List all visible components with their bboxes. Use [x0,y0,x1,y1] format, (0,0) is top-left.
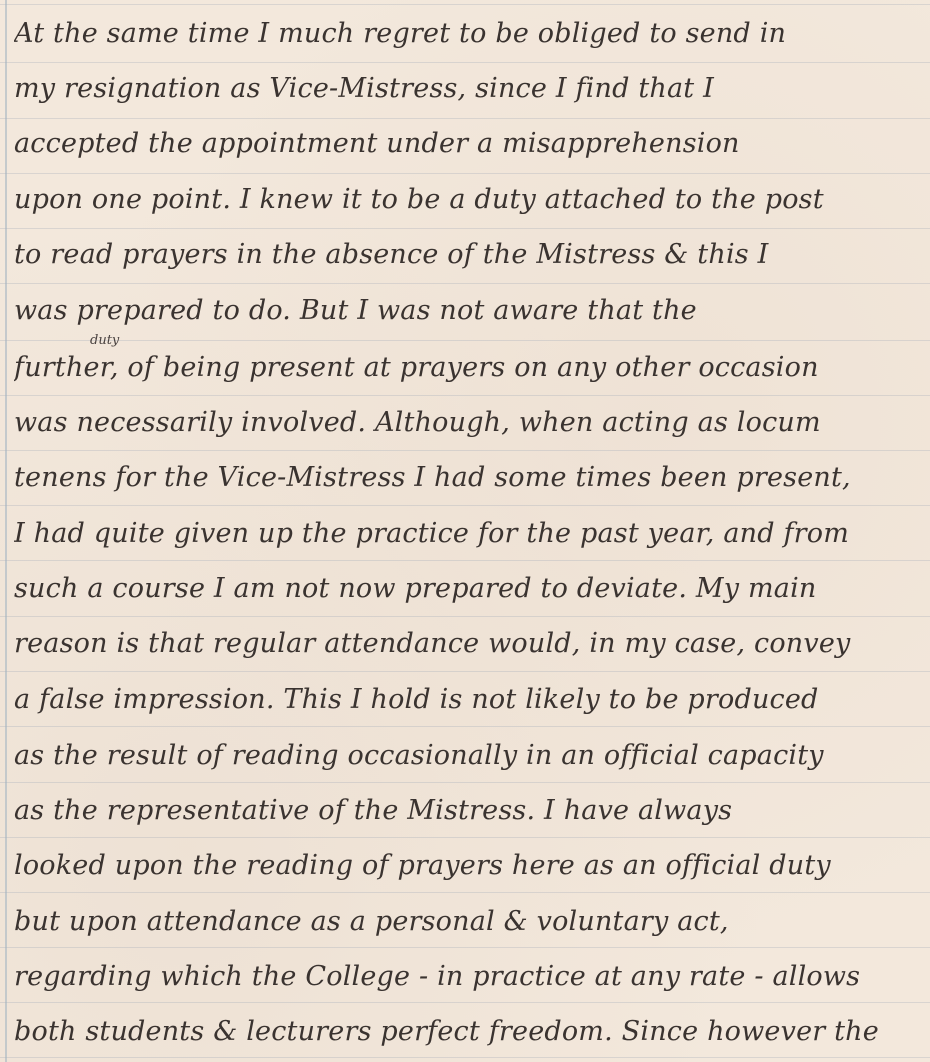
ruled-line [0,395,930,396]
text-line: upon one point. I knew it to be a duty a… [14,184,926,215]
text-line: both students & lecturers perfect freedo… [14,1016,926,1047]
text-line: but upon attendance as a personal & volu… [14,906,926,937]
text-line: such a course I am not now prepared to d… [14,573,926,604]
ruled-line [0,892,930,893]
text-line: was necessarily involved. Although, when… [14,407,926,438]
text-line: looked upon the reading of prayers here … [14,850,926,881]
ruled-line [0,560,930,561]
ruled-line [0,505,930,506]
text-line: a false impression. This I hold is not l… [14,684,926,715]
ruled-line [0,340,930,341]
margin-line [5,0,7,1062]
text-line: to read prayers in the absence of the Mi… [14,239,926,270]
ruled-line [0,118,930,119]
interlinear-insertion: duty [90,333,119,348]
ruled-line [0,782,930,783]
text-line: At the same time I much regret to be obl… [14,18,926,49]
ruled-line [0,4,930,5]
text-line: I had quite given up the practice for th… [14,518,926,549]
ruled-line [0,837,930,838]
text-line: my resignation as Vice-Mistress, since I… [14,73,926,104]
text-line: was prepared to do. But I was not aware … [14,295,926,326]
ruled-line [0,450,930,451]
text-line: further, of being present at prayers on … [14,352,926,383]
ruled-line [0,616,930,617]
ruled-line [0,62,930,63]
ruled-line [0,947,930,948]
ruled-line [0,1057,930,1058]
ruled-line [0,173,930,174]
text-line: as the representative of the Mistress. I… [14,795,926,826]
text-line: accepted the appointment under a misappr… [14,128,926,159]
ruled-line [0,1002,930,1003]
ruled-line [0,283,930,284]
text-line: as the result of reading occasionally in… [14,740,926,771]
ruled-line [0,671,930,672]
ruled-line [0,228,930,229]
ruled-line [0,726,930,727]
text-line: reason is that regular attendance would,… [14,628,926,659]
letter-page: At the same time I much regret to be obl… [0,0,930,1062]
text-line: tenens for the Vice-Mistress I had some … [14,462,926,493]
text-line: regarding which the College - in practic… [14,961,926,992]
